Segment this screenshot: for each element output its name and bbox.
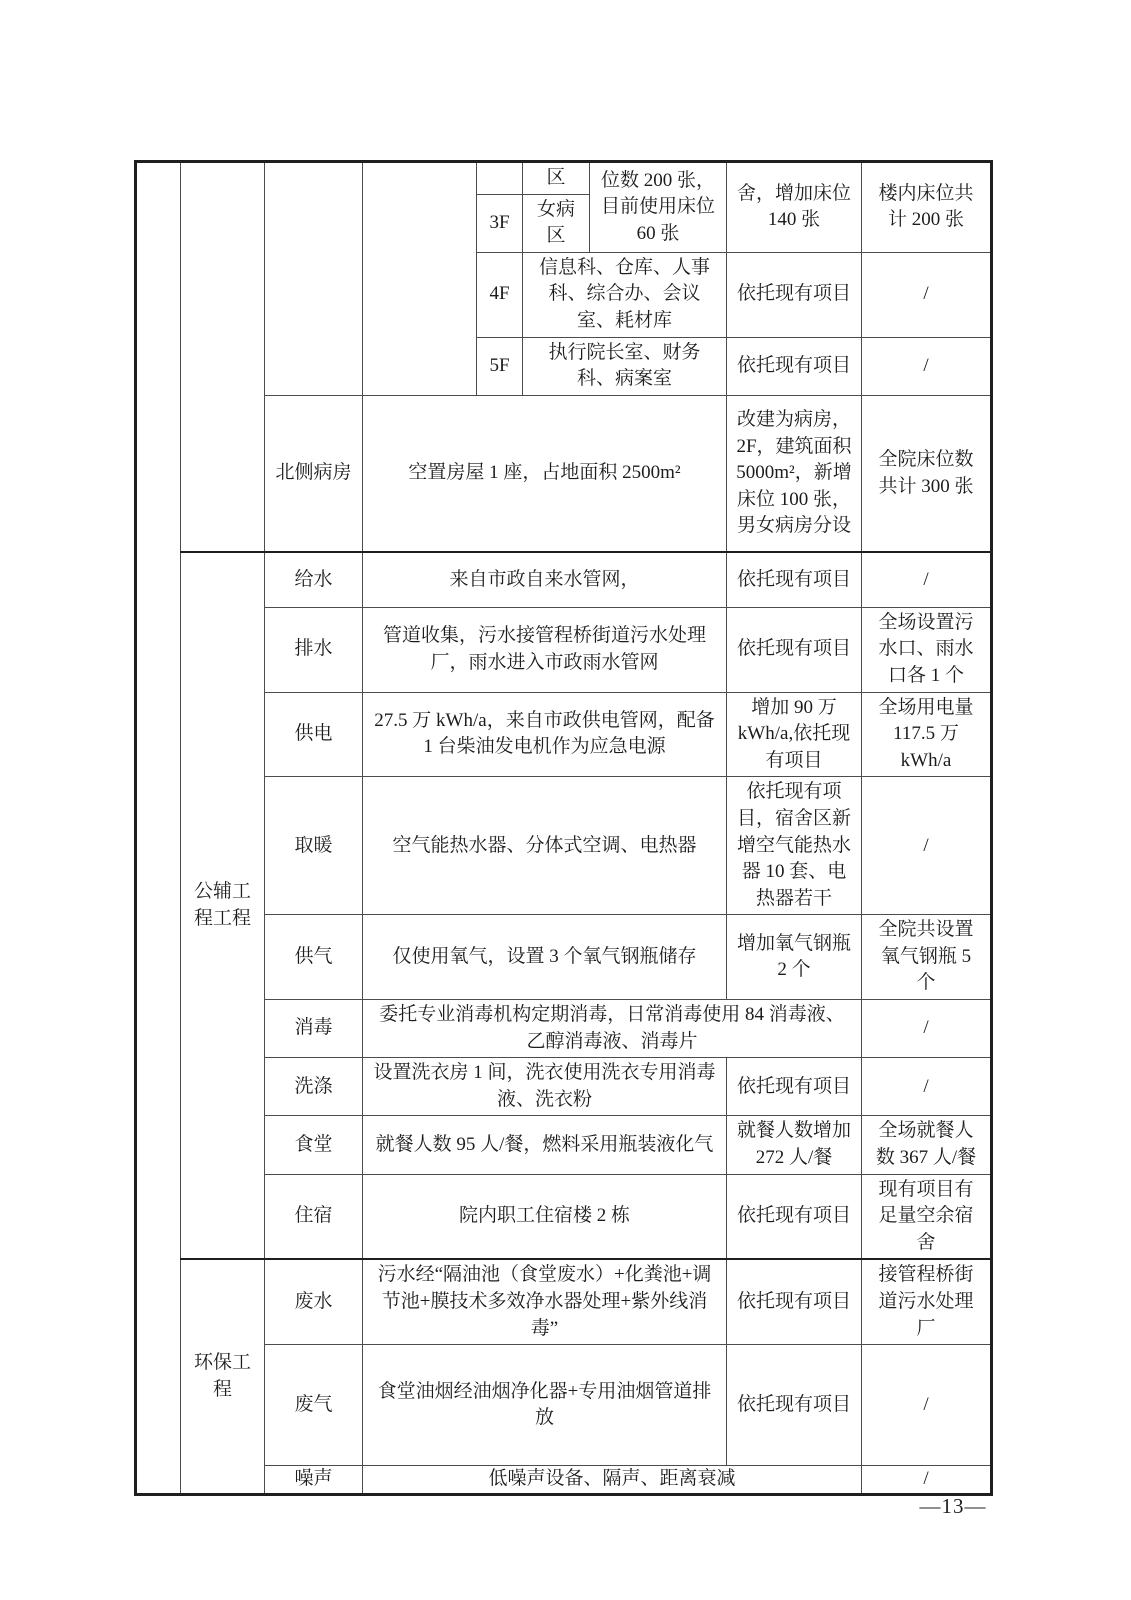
gas-result: 全院共设置氧气钢瓶 5 个 [862, 915, 992, 1000]
row-noise: 噪声 低噪声设备、隔声、距离衰减 / [136, 1466, 992, 1495]
row-wastewater: 环保工程 废水 污水经“隔油池（食堂废水）+化粪池+调节池+膜技术多效净水器处理… [136, 1259, 992, 1344]
env-group-label: 环保工程 [181, 1259, 265, 1494]
zone-partial-cell: 区 [523, 162, 590, 195]
wastewater-status: 依托现有项目 [727, 1259, 862, 1344]
wastewater-content: 污水经“隔油池（食堂废水）+化粪池+调节池+膜技术多效净水器处理+紫外线消毒” [363, 1259, 727, 1344]
row-gas: 供气 仅使用氧气，设置 3 个氧气钢瓶储存 增加氧气钢瓶 2 个 全院共设置氧气… [136, 915, 992, 1000]
wastewater-label: 废水 [265, 1259, 363, 1344]
laundry-label: 洗涤 [265, 1058, 363, 1116]
heating-content: 空气能热水器、分体式空调、电热器 [363, 777, 727, 915]
group-cell-continued [181, 162, 265, 553]
document-page: 区 位数 200 张，目前使用床位 60 张 舍，增加床位 140 张 楼内床位… [0, 0, 1131, 1600]
north-ward-content: 空置房屋 1 座，占地面积 2500m² [363, 395, 727, 552]
lodging-status: 依托现有项目 [727, 1174, 862, 1259]
row-drainage: 排水 管道收集，污水接管程桥街道污水处理厂，雨水进入市政雨水管网 依托现有项目 … [136, 607, 992, 692]
page-number: —13— [903, 1494, 1003, 1519]
noise-result: / [862, 1466, 992, 1495]
exhaust-content: 食堂油烟经油烟净化器+专用油烟管道排放 [363, 1345, 727, 1466]
water-supply-result: / [862, 552, 992, 607]
floor-4f-label: 4F [477, 252, 523, 337]
north-ward-result: 全院床位数共计 300 张 [862, 395, 992, 552]
noise-content: 低噪声设备、隔声、距离衰减 [363, 1466, 862, 1495]
sub-cell-continued [265, 162, 363, 396]
power-label: 供电 [265, 692, 363, 777]
canteen-content: 就餐人数 95 人/餐，燃料采用瓶装液化气 [363, 1116, 727, 1174]
project-composition-table: 区 位数 200 张，目前使用床位 60 张 舍，增加床位 140 张 楼内床位… [134, 160, 993, 1496]
floor-cell-empty [477, 162, 523, 195]
zone-3f-cell: 女病区 [523, 194, 590, 252]
row-north-ward: 北侧病房 空置房屋 1 座，占地面积 2500m² 改建为病房，2F，建筑面积 … [136, 395, 992, 552]
row-canteen: 食堂 就餐人数 95 人/餐，燃料采用瓶装液化气 就餐人数增加 272 人/餐 … [136, 1116, 992, 1174]
power-result: 全场用电量 117.5 万 kWh/a [862, 692, 992, 777]
wastewater-result: 接管程桥街道污水处理厂 [862, 1259, 992, 1344]
disinfection-result: / [862, 1000, 992, 1058]
beds-result-cell: 楼内床位共计 200 张 [862, 162, 992, 253]
power-status: 增加 90 万 kWh/a,依托现有项目 [727, 692, 862, 777]
disinfection-label: 消毒 [265, 1000, 363, 1058]
gas-status: 增加氧气钢瓶 2 个 [727, 915, 862, 1000]
canteen-result: 全场就餐人数 367 人/餐 [862, 1116, 992, 1174]
laundry-content: 设置洗衣房 1 间，洗衣使用洗衣专用消毒液、洗衣粉 [363, 1058, 727, 1116]
laundry-result: / [862, 1058, 992, 1116]
row-laundry: 洗涤 设置洗衣房 1 间，洗衣使用洗衣专用消毒液、洗衣粉 依托现有项目 / [136, 1058, 992, 1116]
row-water-supply: 公辅工程工程 给水 来自市政自来水管网， 依托现有项目 / [136, 552, 992, 607]
heating-label: 取暖 [265, 777, 363, 915]
beds-change-cell: 舍，增加床位 140 张 [727, 162, 862, 253]
utility-group-label: 公辅工程工程 [181, 552, 265, 1259]
floor-4f-result: / [862, 252, 992, 337]
beds-cell: 位数 200 张，目前使用床位 60 张 [590, 162, 727, 253]
floor-5f-result: / [862, 337, 992, 395]
floor-3f-label: 3F [477, 194, 523, 252]
gas-label: 供气 [265, 915, 363, 1000]
outer-margin-cell [136, 162, 181, 1495]
noise-label: 噪声 [265, 1466, 363, 1495]
lodging-content: 院内职工住宿楼 2 栋 [363, 1174, 727, 1259]
floor-4f-status: 依托现有项目 [727, 252, 862, 337]
floor-5f-content: 执行院长室、财务科、病案室 [523, 337, 727, 395]
lodging-result: 现有项目有足量空余宿舍 [862, 1174, 992, 1259]
power-content: 27.5 万 kWh/a，来自市政供电管网，配备 1 台柴油发电机作为应急电源 [363, 692, 727, 777]
drainage-status: 依托现有项目 [727, 607, 862, 692]
floor-5f-label: 5F [477, 337, 523, 395]
water-supply-content: 来自市政自来水管网， [363, 552, 727, 607]
drainage-label: 排水 [265, 607, 363, 692]
row-exhaust: 废气 食堂油烟经油烟净化器+专用油烟管道排放 依托现有项目 / [136, 1345, 992, 1466]
water-supply-label: 给水 [265, 552, 363, 607]
water-supply-status: 依托现有项目 [727, 552, 862, 607]
disinfection-content: 委托专业消毒机构定期消毒，日常消毒使用 84 消毒液、乙醇消毒液、消毒片 [363, 1000, 862, 1058]
exhaust-result: / [862, 1345, 992, 1466]
lodging-label: 住宿 [265, 1174, 363, 1259]
north-ward-change: 改建为病房，2F，建筑面积 5000m²，新增床位 100 张，男女病房分设 [727, 395, 862, 552]
row-heating: 取暖 空气能热水器、分体式空调、电热器 依托现有项目，宿舍区新增空气能热水器 1… [136, 777, 992, 915]
row-lodging: 住宿 院内职工住宿楼 2 栋 依托现有项目 现有项目有足量空余宿舍 [136, 1174, 992, 1259]
canteen-label: 食堂 [265, 1116, 363, 1174]
north-ward-label: 北侧病房 [265, 395, 363, 552]
floor-5f-status: 依托现有项目 [727, 337, 862, 395]
laundry-status: 依托现有项目 [727, 1058, 862, 1116]
floor-4f-content: 信息科、仓库、人事科、综合办、会议室、耗材库 [523, 252, 727, 337]
exhaust-label: 废气 [265, 1345, 363, 1466]
heating-status: 依托现有项目，宿舍区新增空气能热水器 10 套、电热器若干 [727, 777, 862, 915]
drainage-result: 全场设置污水口、雨水口各 1 个 [862, 607, 992, 692]
row-disinfection: 消毒 委托专业消毒机构定期消毒，日常消毒使用 84 消毒液、乙醇消毒液、消毒片 … [136, 1000, 992, 1058]
exhaust-status: 依托现有项目 [727, 1345, 862, 1466]
drainage-content: 管道收集，污水接管程桥街道污水处理厂，雨水进入市政雨水管网 [363, 607, 727, 692]
canteen-status: 就餐人数增加 272 人/餐 [727, 1116, 862, 1174]
building-cell-continued [363, 162, 477, 396]
row-ward-partial: 区 位数 200 张，目前使用床位 60 张 舍，增加床位 140 张 楼内床位… [136, 162, 992, 195]
row-power: 供电 27.5 万 kWh/a，来自市政供电管网，配备 1 台柴油发电机作为应急… [136, 692, 992, 777]
gas-content: 仅使用氧气，设置 3 个氧气钢瓶储存 [363, 915, 727, 1000]
heating-result: / [862, 777, 992, 915]
